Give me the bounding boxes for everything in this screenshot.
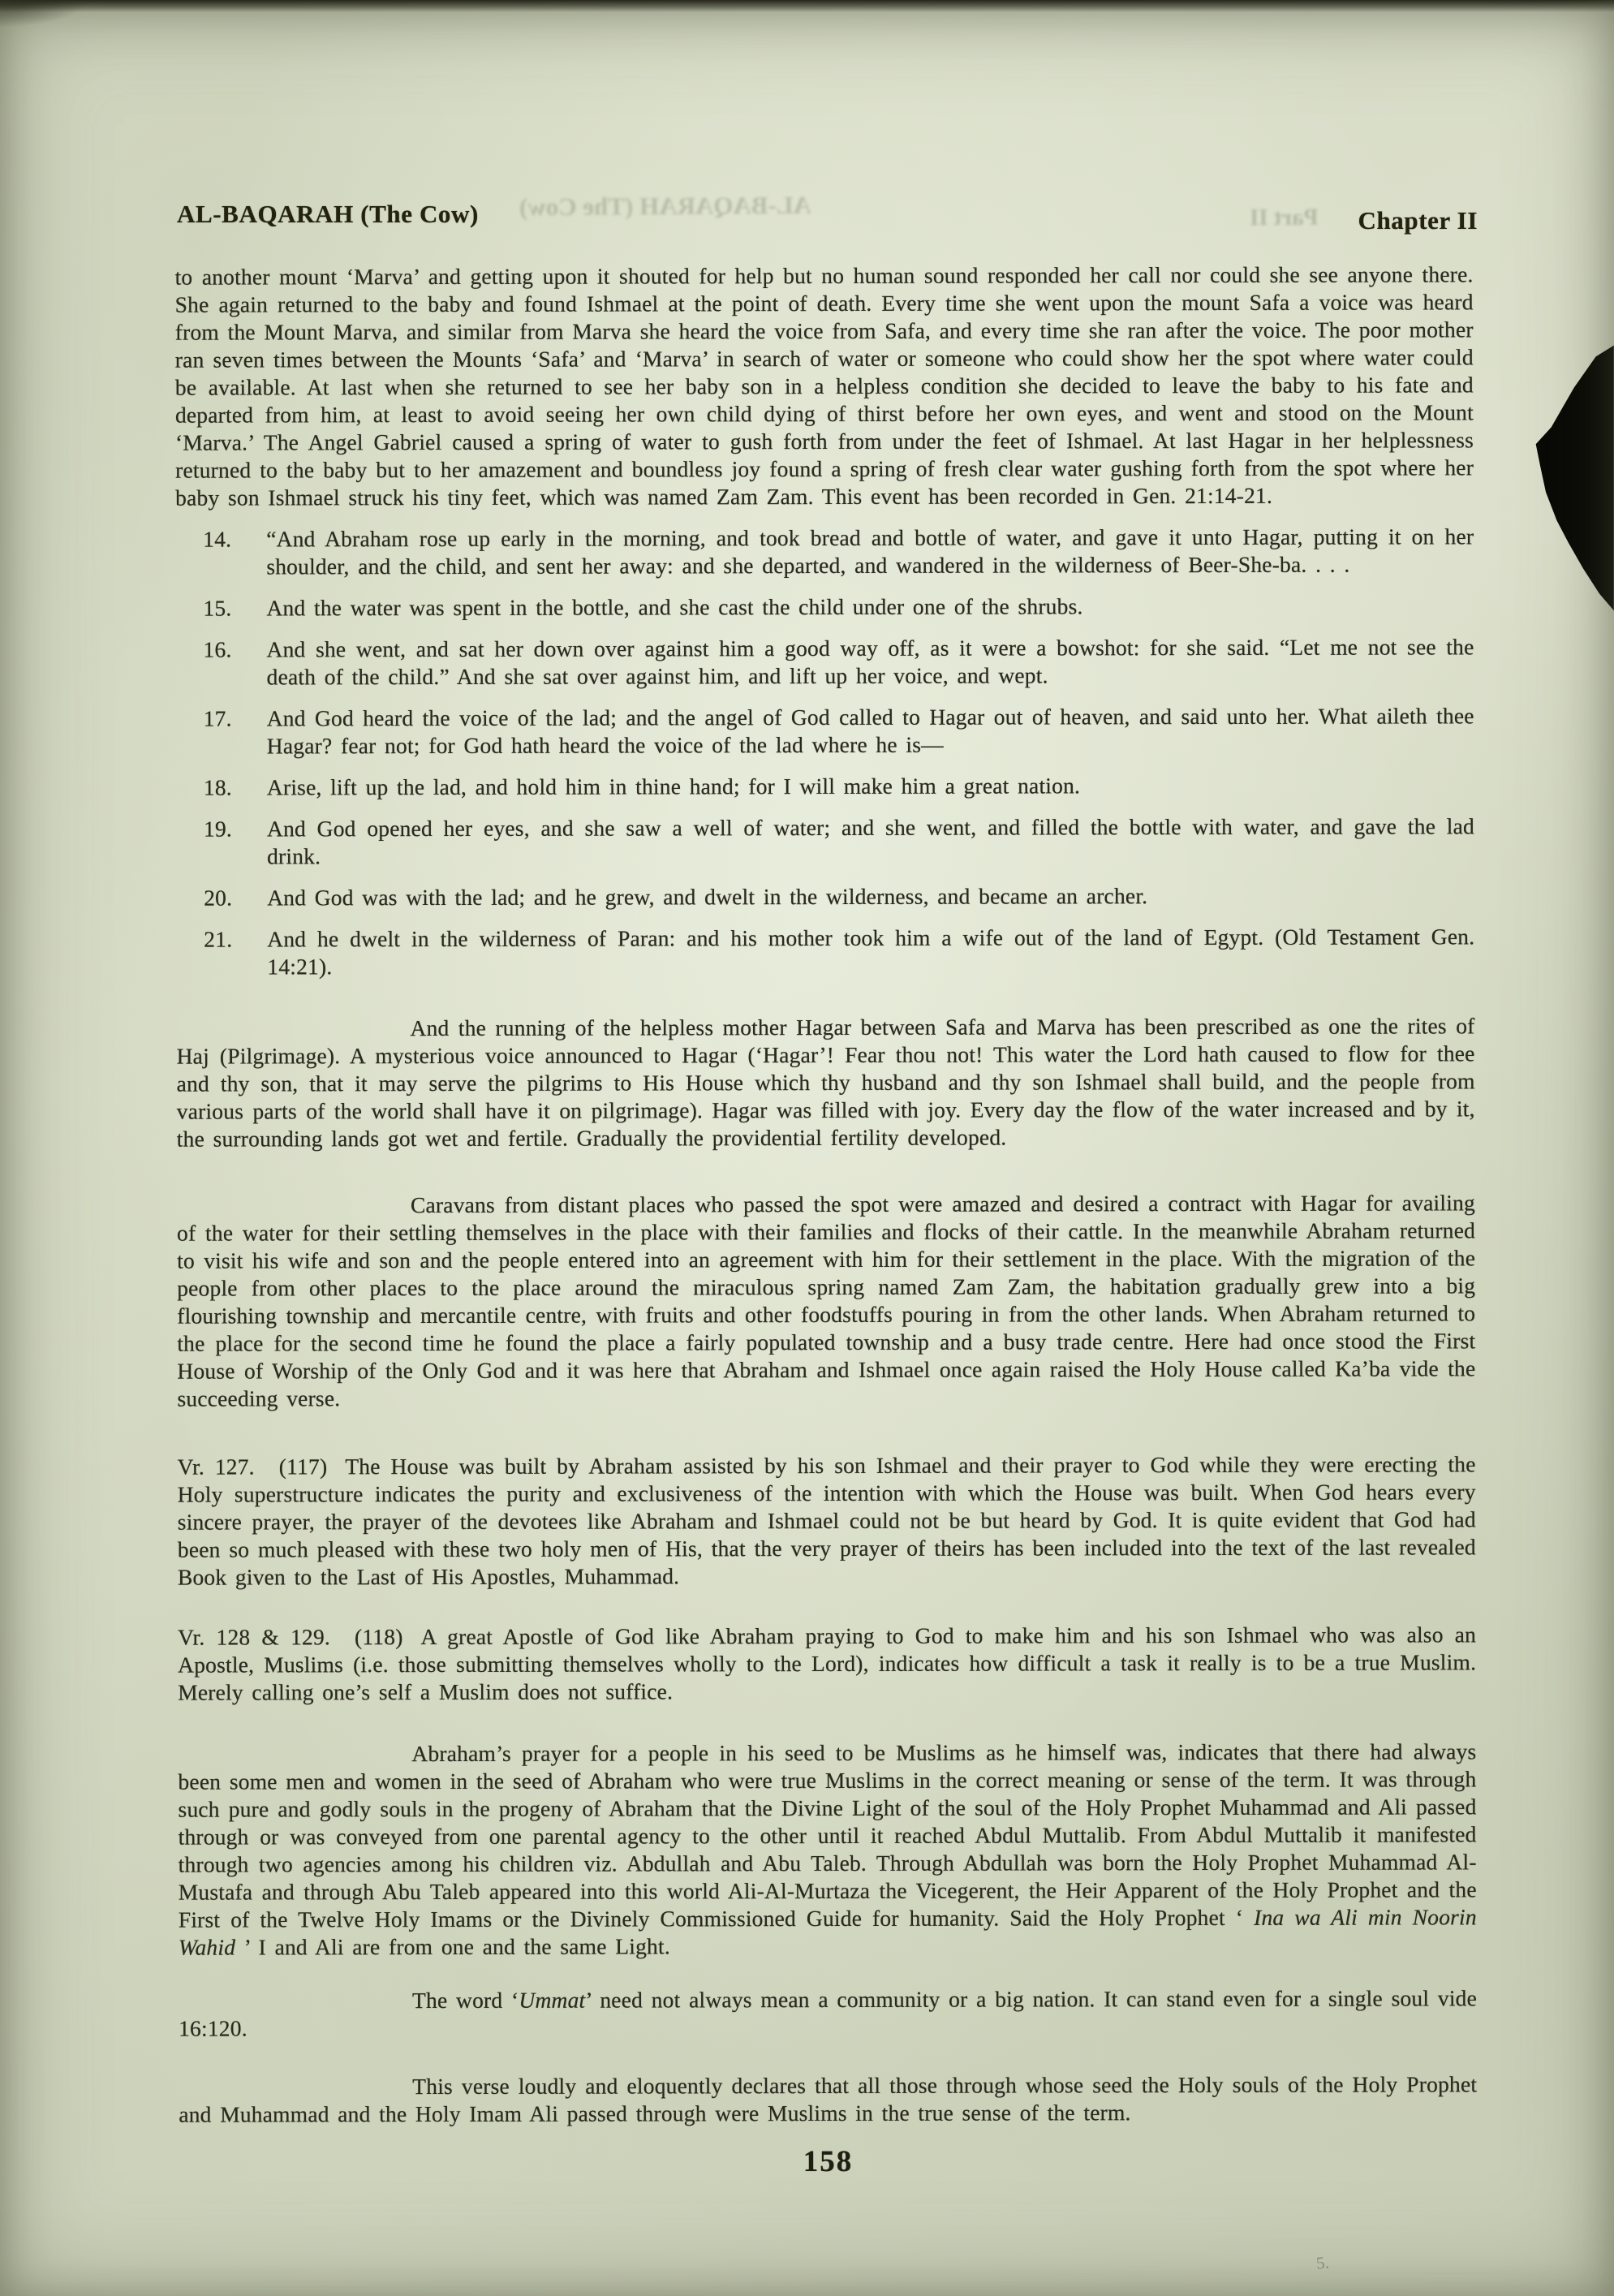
verse-number: 18. xyxy=(204,773,267,801)
torn-corner-artifact xyxy=(1523,337,1614,619)
verse-text: “And Abraham rose up early in the mornin… xyxy=(266,523,1474,579)
verse-number: 16. xyxy=(203,635,266,663)
commentary-text: The House was built by Abraham assisted … xyxy=(178,1451,1476,1589)
verse-item: 14.“And Abraham rose up early in the mor… xyxy=(175,523,1474,580)
verse-item: 16.And she went, and sat her down over a… xyxy=(175,633,1474,691)
scan-corner-smudge xyxy=(0,0,89,28)
verse-item: 18.Arise, lift up the lad, and hold him … xyxy=(176,771,1474,801)
paragraph-abrahams-prayer: Abraham’s prayer for a people in his see… xyxy=(178,1738,1477,1961)
pencil-mark: 5. xyxy=(1315,2252,1330,2274)
verse-reference-alt: (117) xyxy=(279,1454,328,1479)
verse-text: And God was with the lad; and he grew, a… xyxy=(267,883,1147,910)
term-italic: Ummat xyxy=(519,1988,585,2013)
commentary-vr-128-129: Vr. 128 & 129.(118)A great Apostle of Go… xyxy=(178,1621,1476,1706)
scan-top-edge-shadow xyxy=(0,0,1614,12)
verse-reference-alt: (118) xyxy=(355,1624,403,1649)
verse-item: 21.And he dwelt in the wilderness of Par… xyxy=(176,923,1474,980)
paragraph-ummat: The word ‘Ummat’ need not always mean a … xyxy=(179,1984,1477,2042)
verse-number: 20. xyxy=(204,884,267,911)
paragraph-declaration: This verse loudly and eloquently declare… xyxy=(179,2070,1477,2128)
verse-item: 20.And God was with the lad; and he grew… xyxy=(176,881,1474,911)
verse-text: And the water was spent in the bottle, a… xyxy=(266,593,1082,620)
verse-text: And he dwelt in the wilderness of Paran:… xyxy=(267,924,1474,979)
paragraph-text: Abraham’s prayer for a people in his see… xyxy=(178,1738,1476,1932)
paragraph-text: The word ‘ xyxy=(412,1988,519,2013)
verse-text: Arise, lift up the lad, and hold him in … xyxy=(267,773,1080,799)
genesis-quotation-list: 14.“And Abraham rose up early in the mor… xyxy=(175,523,1474,980)
verse-reference-label: Vr. 128 & 129. xyxy=(178,1624,330,1649)
verse-number: 14. xyxy=(203,525,266,553)
verse-number: 15. xyxy=(203,594,266,622)
verse-item: 19.And God opened her eyes, and she saw … xyxy=(176,812,1474,870)
verse-number: 17. xyxy=(204,704,267,732)
paragraph-text: ’ I and Ali are from one and the same Li… xyxy=(235,1933,670,1959)
verse-item: 15.And the water was spent in the bottle… xyxy=(175,592,1474,622)
commentary-vr-127: Vr. 127.(117)The House was built by Abra… xyxy=(178,1450,1476,1591)
verse-text: And God heard the voice of the lad; and … xyxy=(267,703,1474,758)
verse-number: 19. xyxy=(204,815,267,842)
bleedthrough-part-text: Part II xyxy=(1250,205,1319,232)
page-number: 158 xyxy=(179,2147,1477,2177)
verse-text: And she went, and sat her down over agai… xyxy=(266,634,1474,689)
running-header-chapter: Chapter II xyxy=(1358,206,1478,235)
paragraph-caravans: Caravans from distant places who passed … xyxy=(177,1189,1476,1412)
running-header-title: AL-BAQARAH (The Cow) xyxy=(177,200,479,229)
paragraph-hagar-continuation: to another mount ‘Marva’ and getting upo… xyxy=(175,261,1474,511)
scanned-book-page: AL-BAQARAH (The Cow) Part II AL-BAQARAH … xyxy=(0,0,1614,2296)
paragraph-text: ’ need not always mean a community or a … xyxy=(179,1985,1477,2040)
verse-reference-label: Vr. 127. xyxy=(178,1454,255,1479)
page-body: to another mount ‘Marva’ and getting upo… xyxy=(175,261,1478,2177)
verse-item: 17.And God heard the voice of the lad; a… xyxy=(176,702,1474,760)
paragraph-haj-rites: And the running of the helpless mother H… xyxy=(176,1012,1474,1152)
bleedthrough-title-text: AL-BAQARAH (The Cow) xyxy=(519,191,811,222)
verse-number: 21. xyxy=(204,925,267,953)
verse-text: And God opened her eyes, and she saw a w… xyxy=(267,813,1474,868)
